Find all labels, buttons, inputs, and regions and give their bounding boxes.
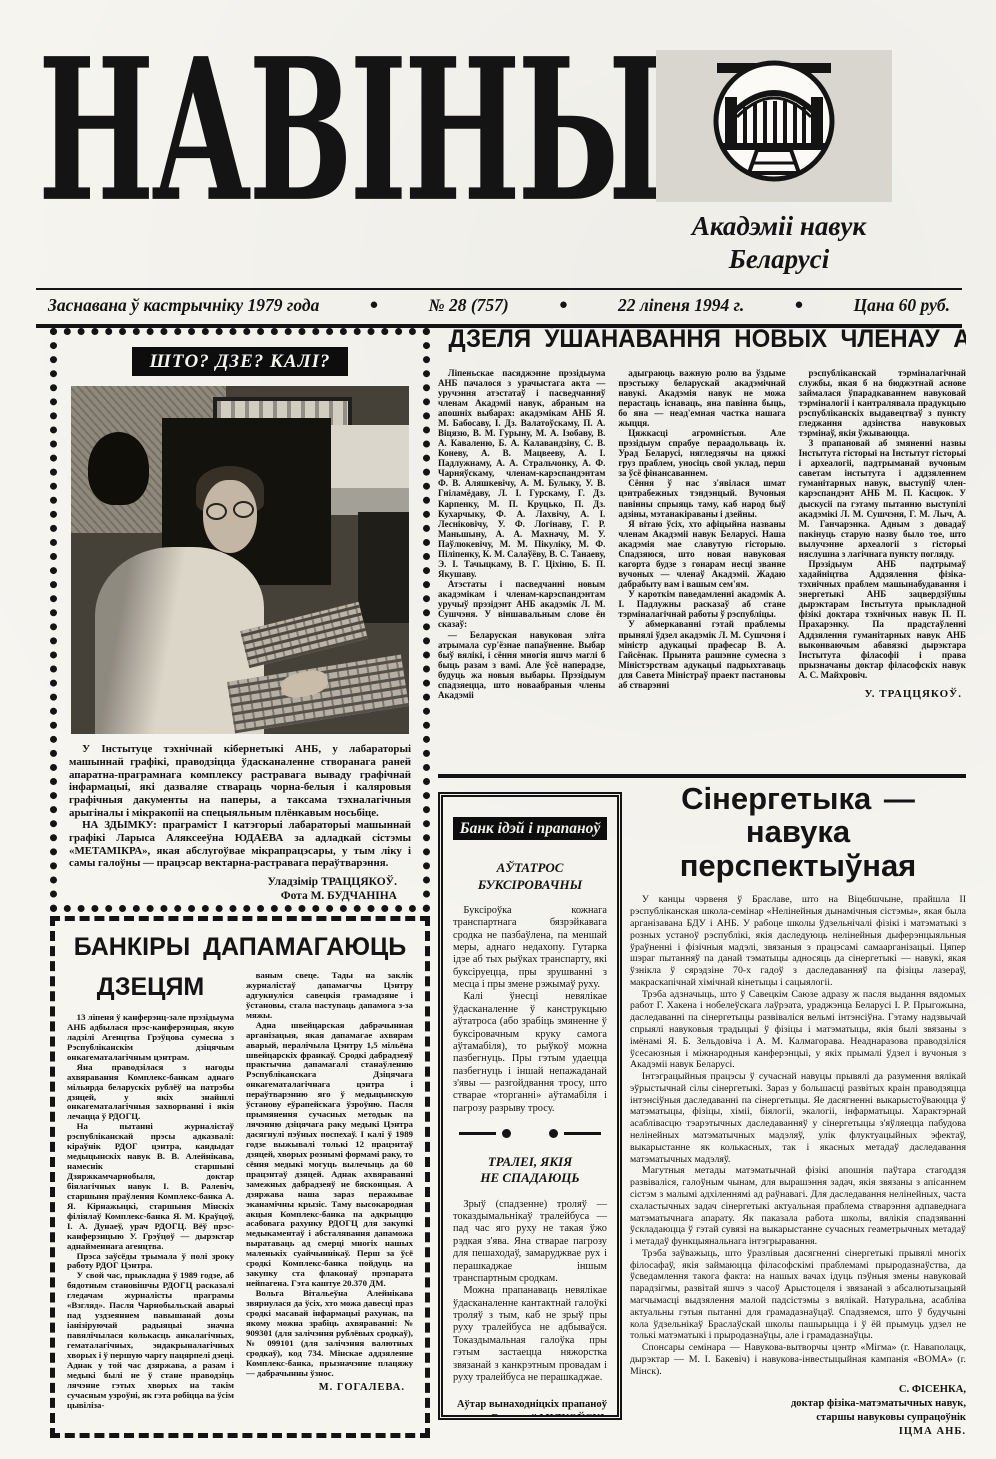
article-paragraph: Інтэграцыйныя працэсы ў сучаснай навуцы … [630,1071,966,1165]
article-paragraph: У абмеркаванні гэтай праблемы прынялі ўд… [618,619,785,690]
masthead-logo-box [656,50,892,202]
article-paragraph: Яна праводзілася з нагоды ахвяравання Ко… [67,1063,234,1123]
lead-article: ДЗЕЛЯ ЎШАНАВАННЯ НОВЫХ ЧЛЕНАЎ АКАДЭМІІ Л… [438,324,966,778]
masthead-title: НАВІНЫ [38,34,662,230]
ideas-item1-title-line1: АЎТАТРОС [453,860,607,876]
article-paragraph: Трэба заўважыць, што ўразлівыя дасягненн… [630,1248,966,1342]
bankers-column-2: ваным свеце. Тады на заклік журналістаў … [246,971,413,1411]
rubric-what-where-when: ШТО? ДЗЕ? КАЛІ? [132,347,348,376]
article-paragraph: 13 ліпеня ў канферэнц-зале прэзідыума АН… [67,1013,234,1063]
lead-article-column-2: адыграюць важную ролю ва ўздыме прэстыжу… [618,368,785,701]
ideas-item1-title: АЎТАТРОС БУКСІРОВАЧНЫ [453,860,607,893]
lead-article-byline: У. ТРАЦЦЯКОЎ. [799,688,966,700]
bullet-separator-icon: ● [794,298,803,313]
bankers-headline-line2: ДЗЕЦЯМ [67,973,234,1001]
article-paragraph: Вольга Вітальеўна Алейнікава звярнулася … [246,1289,413,1378]
bullet-separator-icon: ● [559,298,568,313]
article-paragraph: Зрыў (спадзенне) троляў — токаздымальнік… [453,1199,607,1286]
bankers-column-1: ДЗЕЦЯМ 13 ліпеня ў канферэнц-зале прэзід… [67,971,234,1411]
masthead-subtitle-line1: Акадэміі навук [636,210,922,243]
divider-line [564,1132,601,1135]
article-paragraph: адыграюць важную ролю ва ўздыме прэстыжу… [618,368,785,428]
founded-note: Заснавана ў кастрычніку 1979 года [48,295,319,316]
newspaper-page: НАВІНЫ Акадэміі на [0,0,996,1459]
photo-caption-paragraph: У Інстытуце тэхнічнай кібернетыкі АНБ, у… [69,743,411,819]
article-paragraph: Цяжкасці агромністыя. Але прэзідыум спра… [618,428,785,478]
issue-number: № 28 (757) [429,295,509,316]
photo-second-person [88,432,149,505]
article-paragraph: У кароткім паведамленні акадэмік А. І. П… [618,589,785,619]
ideas-item2-title: ТРАЛЕІ, ЯКІЯ НЕ СПАДАЮЦЬ [453,1154,607,1187]
ideas-item2-title-line1: ТРАЛЕІ, ЯКІЯ [453,1154,607,1170]
photo-credits: Уладзімір ТРАЦЦЯКОЎ. Фота М. БУДЧАНІНА [69,875,411,904]
article-paragraph: Ліпеньскае пасяджэнне прэзідыума АНБ пач… [438,368,605,580]
photo-monitor-edge [358,512,409,623]
article-paragraph: Трэба адзначыць, што ў Савецкім Саюзе ад… [630,989,966,1071]
masthead-subtitle: Акадэміі навук Беларусі [636,210,922,276]
synergy-headline: Сінергетыка — навука перспектыўная [630,782,966,882]
article-paragraph: Калі ўнесці невялікае ўдасканаленне ў ка… [453,991,607,1115]
photo-lab-operator [71,386,409,734]
bankers-article: БАНКІРЫ ДАПАМАГАЮЦЬ ДЗЕЦЯМ 13 ліпеня ў к… [50,916,430,1438]
divider-dot-icon [502,1129,511,1138]
article-paragraph: З прапановай аб змяненні назвы Інстытута… [799,438,966,559]
article-paragraph: На пытанні журналістаў рэспубліканскай п… [67,1122,234,1251]
section-divider [459,1129,601,1138]
article-paragraph: Буксіроўка кожнага транспартнага бязрэйк… [453,905,607,992]
synergy-byline-degree: доктар фізіка-матэматычных навук, [630,1397,966,1411]
ideas-bank-box: Банк ідэй і прапаноў АЎТАТРОС БУКСІРОВАЧ… [438,792,622,1420]
synergy-headline-line2: перспектыўная [630,849,966,882]
price: Цана 60 руб. [853,295,949,316]
ideas-byline-line2: Вячаслаў МІЛКОЎСКІ. [453,1412,607,1420]
ideas-bank-rubric: Банк ідэй і прапаноў [453,817,607,840]
article-paragraph: — Беларуская навуковая эліта атрымала су… [438,630,605,701]
ideas-item2-title-line2: НЕ СПАДАЮЦЬ [453,1170,607,1186]
ideas-item1-title-line2: БУКСІРОВАЧНЫ [453,877,607,893]
article-paragraph: Спонсары семінара — Навукова-вытворчы цэ… [630,1342,966,1377]
article-paragraph: Атэстаты і пасведчанні новым акадэмікам … [438,579,605,629]
dateline: Заснавана ў кастрычніку 1979 года ● № 28… [36,288,962,328]
lead-article-column-1: Ліпеньскае пасяджэнне прэзідыума АНБ пач… [438,368,605,701]
article-paragraph: У канцы чэрвеня ў Браславе, што на Віцеб… [630,894,966,988]
article-paragraph: Прэса заўсёды трымала ў полі зроку работ… [67,1252,234,1272]
synergy-byline: С. ФІСЕНКА, доктар фізіка-матэматычных н… [630,1383,966,1438]
photo-feature-box: ШТО? ДЗЕ? КАЛІ? У Інстытуце тэхнічнай кі… [50,328,430,912]
article-paragraph: ваным свеце. Тады на заклік журналістаў … [246,971,413,1021]
synergy-article: Сінергетыка — навука перспектыўная У кан… [630,782,966,1438]
issue-date: 22 ліпеня 1994 г. [618,295,744,316]
bullet-separator-icon: ● [369,298,378,313]
article-paragraph: У свой час, прыкладна ў 1989 годзе, аб б… [67,1271,234,1410]
article-paragraph: рэспубліканскай тэрміналагічнай службы, … [799,368,966,439]
synergy-byline-author: С. ФІСЕНКА, [630,1383,966,1397]
article-paragraph: Адна швейцарская дабрачынная арганізацыя… [246,1021,413,1289]
synergy-headline-line1: Сінергетыка — навука [630,782,966,849]
masthead-subtitle-line2: Беларусі [636,243,922,276]
divider-line [459,1132,496,1135]
photo-caption-paragraph: НА ЗДЫМКУ: праграміст І катэгорыі лабара… [69,819,411,870]
photo-author-byline: Уладзімір ТРАЦЦЯКОЎ. [69,875,397,889]
lead-article-column-3: рэспубліканскай тэрміналагічнай службы, … [799,368,966,701]
lead-article-headline: ДЗЕЛЯ ЎШАНАВАННЯ НОВЫХ ЧЛЕНАЎ АКАДЭМІІ [449,326,956,354]
photo-credit: Фота М. БУДЧАНІНА [69,889,397,903]
photo-equipment-shelf [331,425,409,515]
article-paragraph: Магутныя метады матэматычнай фізікі апош… [630,1165,966,1247]
synergy-byline-org: ІЦМА АНБ. [630,1425,966,1438]
divider-dot-icon [549,1129,558,1138]
synergy-byline-position: старшы навуковы супрацоўнік [630,1411,966,1425]
article-paragraph: Прэзідыум АНБ падтрымаў хадайніцтва Аддз… [799,559,966,680]
ideas-byline-line1: Аўтар вынаходніцкіх прапаноў [453,1398,607,1412]
bankers-headline-line1: БАНКІРЫ ДАПАМАГАЮЦЬ [67,933,413,961]
bankers-byline: М. ГОГАЛЕВА. [246,1382,413,1393]
ideas-byline: Аўтар вынаходніцкіх прапаноў Вячаслаў МІ… [453,1398,607,1420]
academy-building-emblem-icon [699,55,849,198]
article-paragraph: Я вітаю ўсіх, хто афіцыйна названы члена… [618,519,785,590]
article-paragraph: Сёння ў нас з'явілася шмат цэнтрабежных … [618,478,785,518]
article-paragraph: Можна прапанаваць невялікае ўдасканаленн… [453,1285,607,1384]
photo-caption: У Інстытуце тэхнічнай кібернетыкі АНБ, у… [69,743,411,869]
